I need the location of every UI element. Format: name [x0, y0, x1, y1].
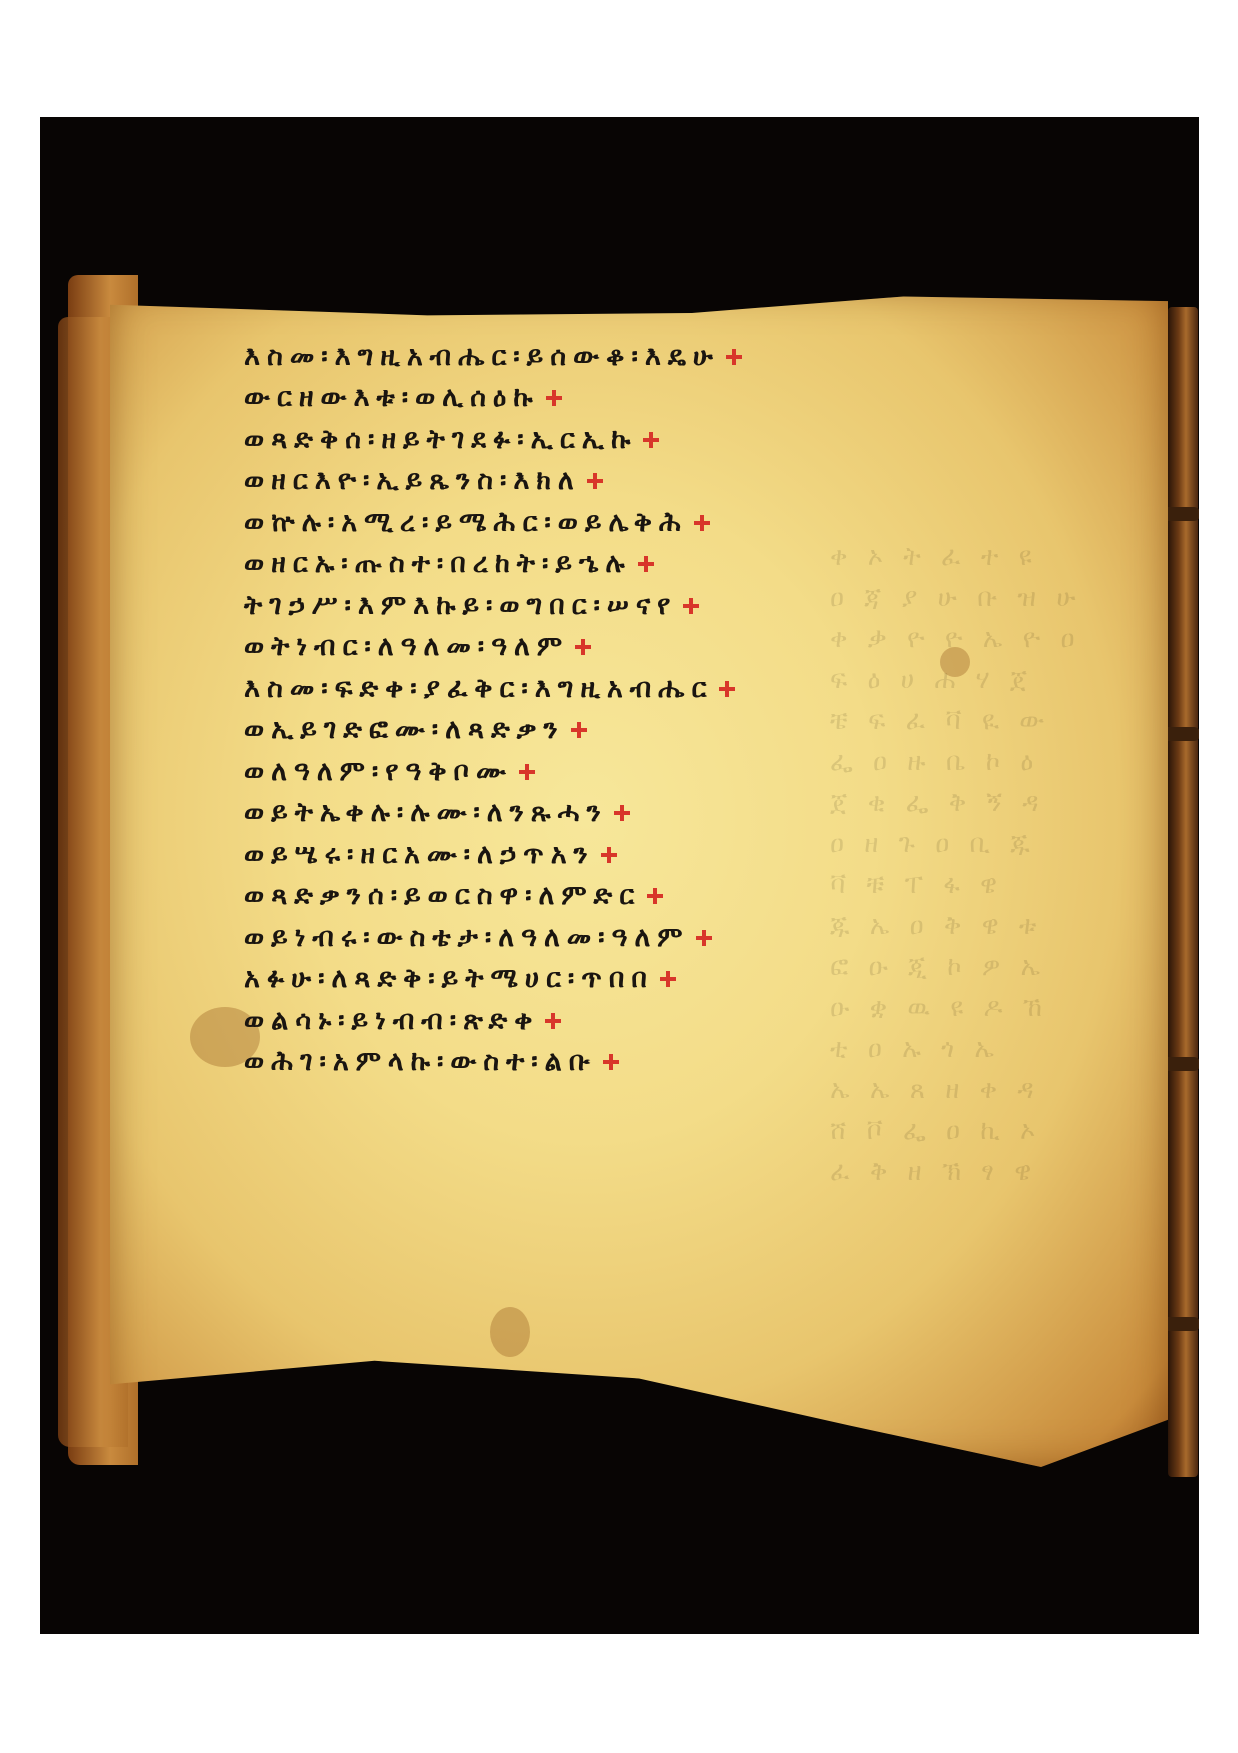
text-line: ወዘርኡ፡ጡስተ፡በረከት፡ይኄሉ	[244, 544, 742, 586]
text-line: ወይሤሩ፡ዘርአሙ፡ለኃጥአን	[244, 834, 742, 876]
text-line: ወኵሉ፡አሚረ፡ይሜሕር፡ወይሌቅሕ	[244, 502, 742, 544]
text-line: ወዘርእዮ፡ኢይጼንስ፡እክለ	[244, 461, 742, 503]
manuscript-photo: ቀ ኦ ት ፈ ተ ዩ ዐ ጃ ያ ሁ ቡ ዝ ሁ ቀ ቃ ዮ ዮ ኤ ዮ ዐ …	[40, 117, 1199, 1634]
line-text: ወዘርኡ፡ጡስተ፡በረከት፡ይኄሉ	[244, 548, 632, 580]
line-text: ወይትኤቀሉ፡ሉሙ፡ለንጹሓን	[244, 797, 608, 829]
bleed-through-text: ቀ ኦ ት ፈ ተ ዩ ዐ ጃ ያ ሁ ቡ ዝ ሁ ቀ ቃ ዮ ዮ ኤ ዮ ዐ …	[830, 537, 1160, 1217]
line-text: አፉሁ፡ለጻድቅ፡ይትሜሀር፡ጥበበ	[244, 963, 654, 995]
line-text: ወዘርእዮ፡ኢይጼንስ፡እክለ	[244, 465, 581, 497]
red-cross-punctuation-icon	[660, 971, 676, 987]
line-text: ወጻድቅሰ፡ዘይትገደፉ፡ኢርኢኩ	[244, 424, 637, 456]
red-cross-punctuation-icon	[571, 722, 587, 738]
red-cross-punctuation-icon	[643, 432, 659, 448]
red-cross-punctuation-icon	[638, 556, 654, 572]
line-text: ወይነብሩ፡ውስቴታ፡ለዓለመ፡ዓለም	[244, 922, 690, 954]
text-line: ወይትኤቀሉ፡ሉሙ፡ለንጹሓን	[244, 793, 742, 835]
line-text: እስመ፡ፍድቀ፡ያፈቅር፡እግዚአብሔር	[244, 673, 713, 705]
line-text: ውርዘውእቱ፡ወሊሰዕኩ	[244, 382, 540, 414]
red-cross-punctuation-icon	[519, 764, 535, 780]
water-stain	[490, 1307, 530, 1357]
line-text: ወኵሉ፡አሚረ፡ይሜሕር፡ወይሌቅሕ	[244, 507, 688, 539]
line-text: ወጻድቃንሰ፡ይወርስዋ፡ለምድር	[244, 880, 641, 912]
red-cross-punctuation-icon	[719, 681, 735, 697]
red-cross-punctuation-icon	[694, 515, 710, 531]
text-line: ውርዘውእቱ፡ወሊሰዕኩ	[244, 378, 742, 420]
text-line: ወትነብር፡ለዓለመ፡ዓለም	[244, 627, 742, 669]
red-cross-punctuation-icon	[575, 639, 591, 655]
red-cross-punctuation-icon	[546, 390, 562, 406]
text-line: እስመ፡እግዚአብሔር፡ይሰውቆ፡እዴሁ	[244, 336, 742, 378]
text-line: ወጻድቃንሰ፡ይወርስዋ፡ለምድር	[244, 876, 742, 918]
red-cross-punctuation-icon	[614, 805, 630, 821]
red-cross-punctuation-icon	[603, 1054, 619, 1070]
red-cross-punctuation-icon	[726, 349, 742, 365]
text-line: ወሕገ፡አምላኩ፡ውስተ፡ልቡ	[244, 1042, 742, 1084]
text-line: ወኢይገድፎሙ፡ለጻድቃን	[244, 710, 742, 752]
text-line: አፉሁ፡ለጻድቅ፡ይትሜሀር፡ጥበበ	[244, 959, 742, 1001]
text-line: ወይነብሩ፡ውስቴታ፡ለዓለመ፡ዓለም	[244, 917, 742, 959]
red-cross-punctuation-icon	[545, 1013, 561, 1029]
line-text: እስመ፡እግዚአብሔር፡ይሰውቆ፡እዴሁ	[244, 341, 720, 373]
line-text: ወልሳኑ፡ይነብብ፡ጽድቀ	[244, 1005, 539, 1037]
text-line: ወጻድቅሰ፡ዘይትገደፉ፡ኢርኢኩ	[244, 419, 742, 461]
red-cross-punctuation-icon	[647, 888, 663, 904]
book-binding	[1168, 307, 1198, 1477]
text-line: ትገኃሥ፡እምእኩይ፡ወግበር፡ሠናየ	[244, 585, 742, 627]
red-cross-punctuation-icon	[683, 598, 699, 614]
line-text: ወትነብር፡ለዓለመ፡ዓለም	[244, 631, 569, 663]
line-text: ወሕገ፡አምላኩ፡ውስተ፡ልቡ	[244, 1046, 597, 1078]
line-text: ወለዓለም፡የዓቅቦሙ	[244, 756, 513, 788]
line-text: ትገኃሥ፡እምእኩይ፡ወግበር፡ሠናየ	[244, 590, 677, 622]
line-text: ወይሤሩ፡ዘርአሙ፡ለኃጥአን	[244, 839, 595, 871]
line-text: ወኢይገድፎሙ፡ለጻድቃን	[244, 714, 565, 746]
text-line: ወለዓለም፡የዓቅቦሙ	[244, 751, 742, 793]
red-cross-punctuation-icon	[601, 847, 617, 863]
red-cross-punctuation-icon	[696, 930, 712, 946]
text-line: ወልሳኑ፡ይነብብ፡ጽድቀ	[244, 1000, 742, 1042]
text-line: እስመ፡ፍድቀ፡ያፈቅር፡እግዚአብሔር	[244, 668, 742, 710]
text-column: እስመ፡እግዚአብሔር፡ይሰውቆ፡እዴሁ ውርዘውእቱ፡ወሊሰዕኩ ወጻድቅሰ፡…	[244, 336, 742, 1083]
red-cross-punctuation-icon	[587, 473, 603, 489]
